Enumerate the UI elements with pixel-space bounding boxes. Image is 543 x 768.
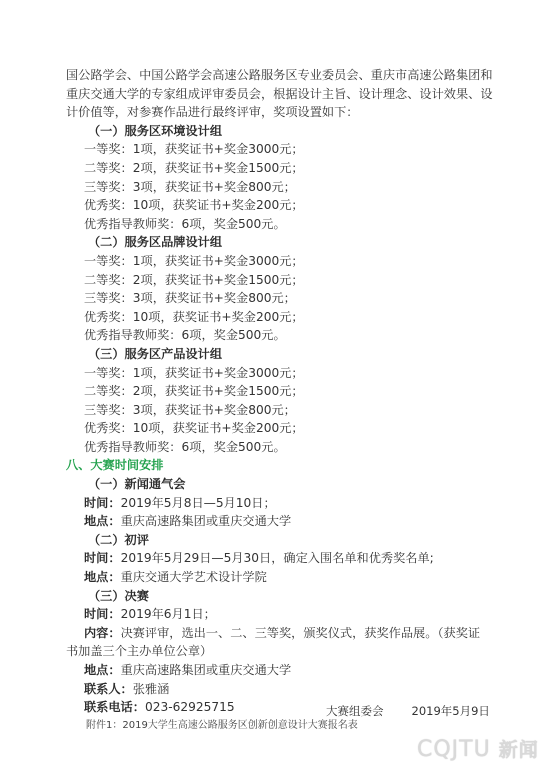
contact-value: 张雅涵 [133,682,170,696]
signature: 大赛组委会2019年5月9日 [326,703,490,719]
award-item: 二等奖：2项，获奖证书+奖金1500元； [66,159,486,178]
time-value: 2019年5月29日—5月30日，确定入围名单和优秀奖名单; [121,551,434,565]
signature-org: 大赛组委会 [326,704,384,718]
schedule-final-time: 时间：2019年6月1日； [66,605,486,624]
award-group-title: （二）服务区品牌设计组 [66,233,486,252]
award-item: 一等奖：1项，获奖证书+奖金3000元； [66,140,486,159]
schedule-final-place: 地点：重庆高速路集团或重庆交通大学 [66,661,486,680]
award-item: 一等奖：1项，获奖证书+奖金3000元； [66,364,486,383]
award-item: 三等奖：3项，获奖证书+奖金800元； [66,401,486,420]
place-value: 重庆交通大学艺术设计学院 [121,570,267,584]
award-item: 优秀奖：10项，获奖证书+奖金200元； [66,308,486,327]
award-item: 优秀指导教师奖：6项，奖金500元。 [66,438,486,457]
award-item: 优秀奖：10项，获奖证书+奖金200元； [66,196,486,215]
schedule-final-title: （三）决赛 [66,587,486,606]
place-value: 重庆高速路集团或重庆交通大学 [121,514,292,528]
time-value: 2019年6月1日； [121,607,216,621]
time-label: 时间： [84,607,121,621]
intro-line: 计价值等，对参赛作品进行最终评审，奖项设置如下： [66,103,486,122]
phone-value: 023-62925715 [145,700,235,714]
award-item: 三等奖：3项，获奖证书+奖金800元； [66,178,486,197]
place-value: 重庆高速路集团或重庆交通大学 [121,663,292,677]
place-label: 地点： [84,663,121,677]
schedule-preliminary-place: 地点：重庆交通大学艺术设计学院 [66,568,486,587]
schedule-press-title: （一）新闻通气会 [66,475,486,494]
document-body: 国公路学会、中国公路学会高速公路服务区专业委员会、重庆市高速公路集团和 重庆交通… [66,66,486,735]
award-item: 二等奖：2项，获奖证书+奖金1500元； [66,382,486,401]
place-label: 地点： [84,514,121,528]
schedule-final-content-cont: 书加盖三个主办单位公章） [66,642,486,661]
content-value: 决赛评审，选出一、二、三等奖，颁奖仪式，获奖作品展。（获奖证 [121,626,481,640]
schedule-press-time: 时间：2019年5月8日—5月10日； [66,494,486,513]
time-label: 时间： [84,496,121,510]
signature-date: 2019年5月9日 [412,704,490,718]
watermark-suffix: 新闻 [499,739,539,761]
award-item: 优秀指导教师奖：6项，奖金500元。 [66,215,486,234]
award-item: 一等奖：1项，获奖证书+奖金3000元； [66,252,486,271]
award-item: 优秀指导教师奖：6项，奖金500元。 [66,326,486,345]
content-label: 内容： [84,626,121,640]
award-group-title: （三）服务区产品设计组 [66,345,486,364]
watermark-logo: CQJTU新闻 [417,735,539,762]
schedule-preliminary-time: 时间：2019年5月29日—5月30日，确定入围名单和优秀奖名单; [66,549,486,568]
intro-line: 国公路学会、中国公路学会高速公路服务区专业委员会、重庆市高速公路集团和 [66,66,486,85]
watermark-brand: CQJTU [417,737,491,762]
award-item: 优秀奖：10项，获奖证书+奖金200元； [66,419,486,438]
contact-person: 联系人：张雅涵 [66,680,486,699]
contact-label: 联系人： [84,682,133,696]
schedule-preliminary-title: （二）初评 [66,531,486,550]
schedule-press-place: 地点：重庆高速路集团或重庆交通大学 [66,512,486,531]
phone-label: 联系电话： [84,700,145,714]
award-item: 三等奖：3项，获奖证书+奖金800元； [66,289,486,308]
place-label: 地点： [84,570,121,584]
section-heading-schedule: 八、大赛时间安排 [66,456,486,475]
attachment-link[interactable]: 附件1：2019大学生高速公路服务区创新创意设计大赛报名表 [66,717,486,735]
time-label: 时间： [84,551,121,565]
award-group-title: （一）服务区环境设计组 [66,122,486,141]
schedule-final-content: 内容：决赛评审，选出一、二、三等奖，颁奖仪式，获奖作品展。（获奖证 [66,624,486,643]
award-item: 二等奖：2项，获奖证书+奖金1500元； [66,271,486,290]
time-value: 2019年5月8日—5月10日； [121,496,276,510]
intro-line: 重庆交通大学的专家组成评审委员会，根据设计主旨、设计理念、设计效果、设 [66,85,486,104]
